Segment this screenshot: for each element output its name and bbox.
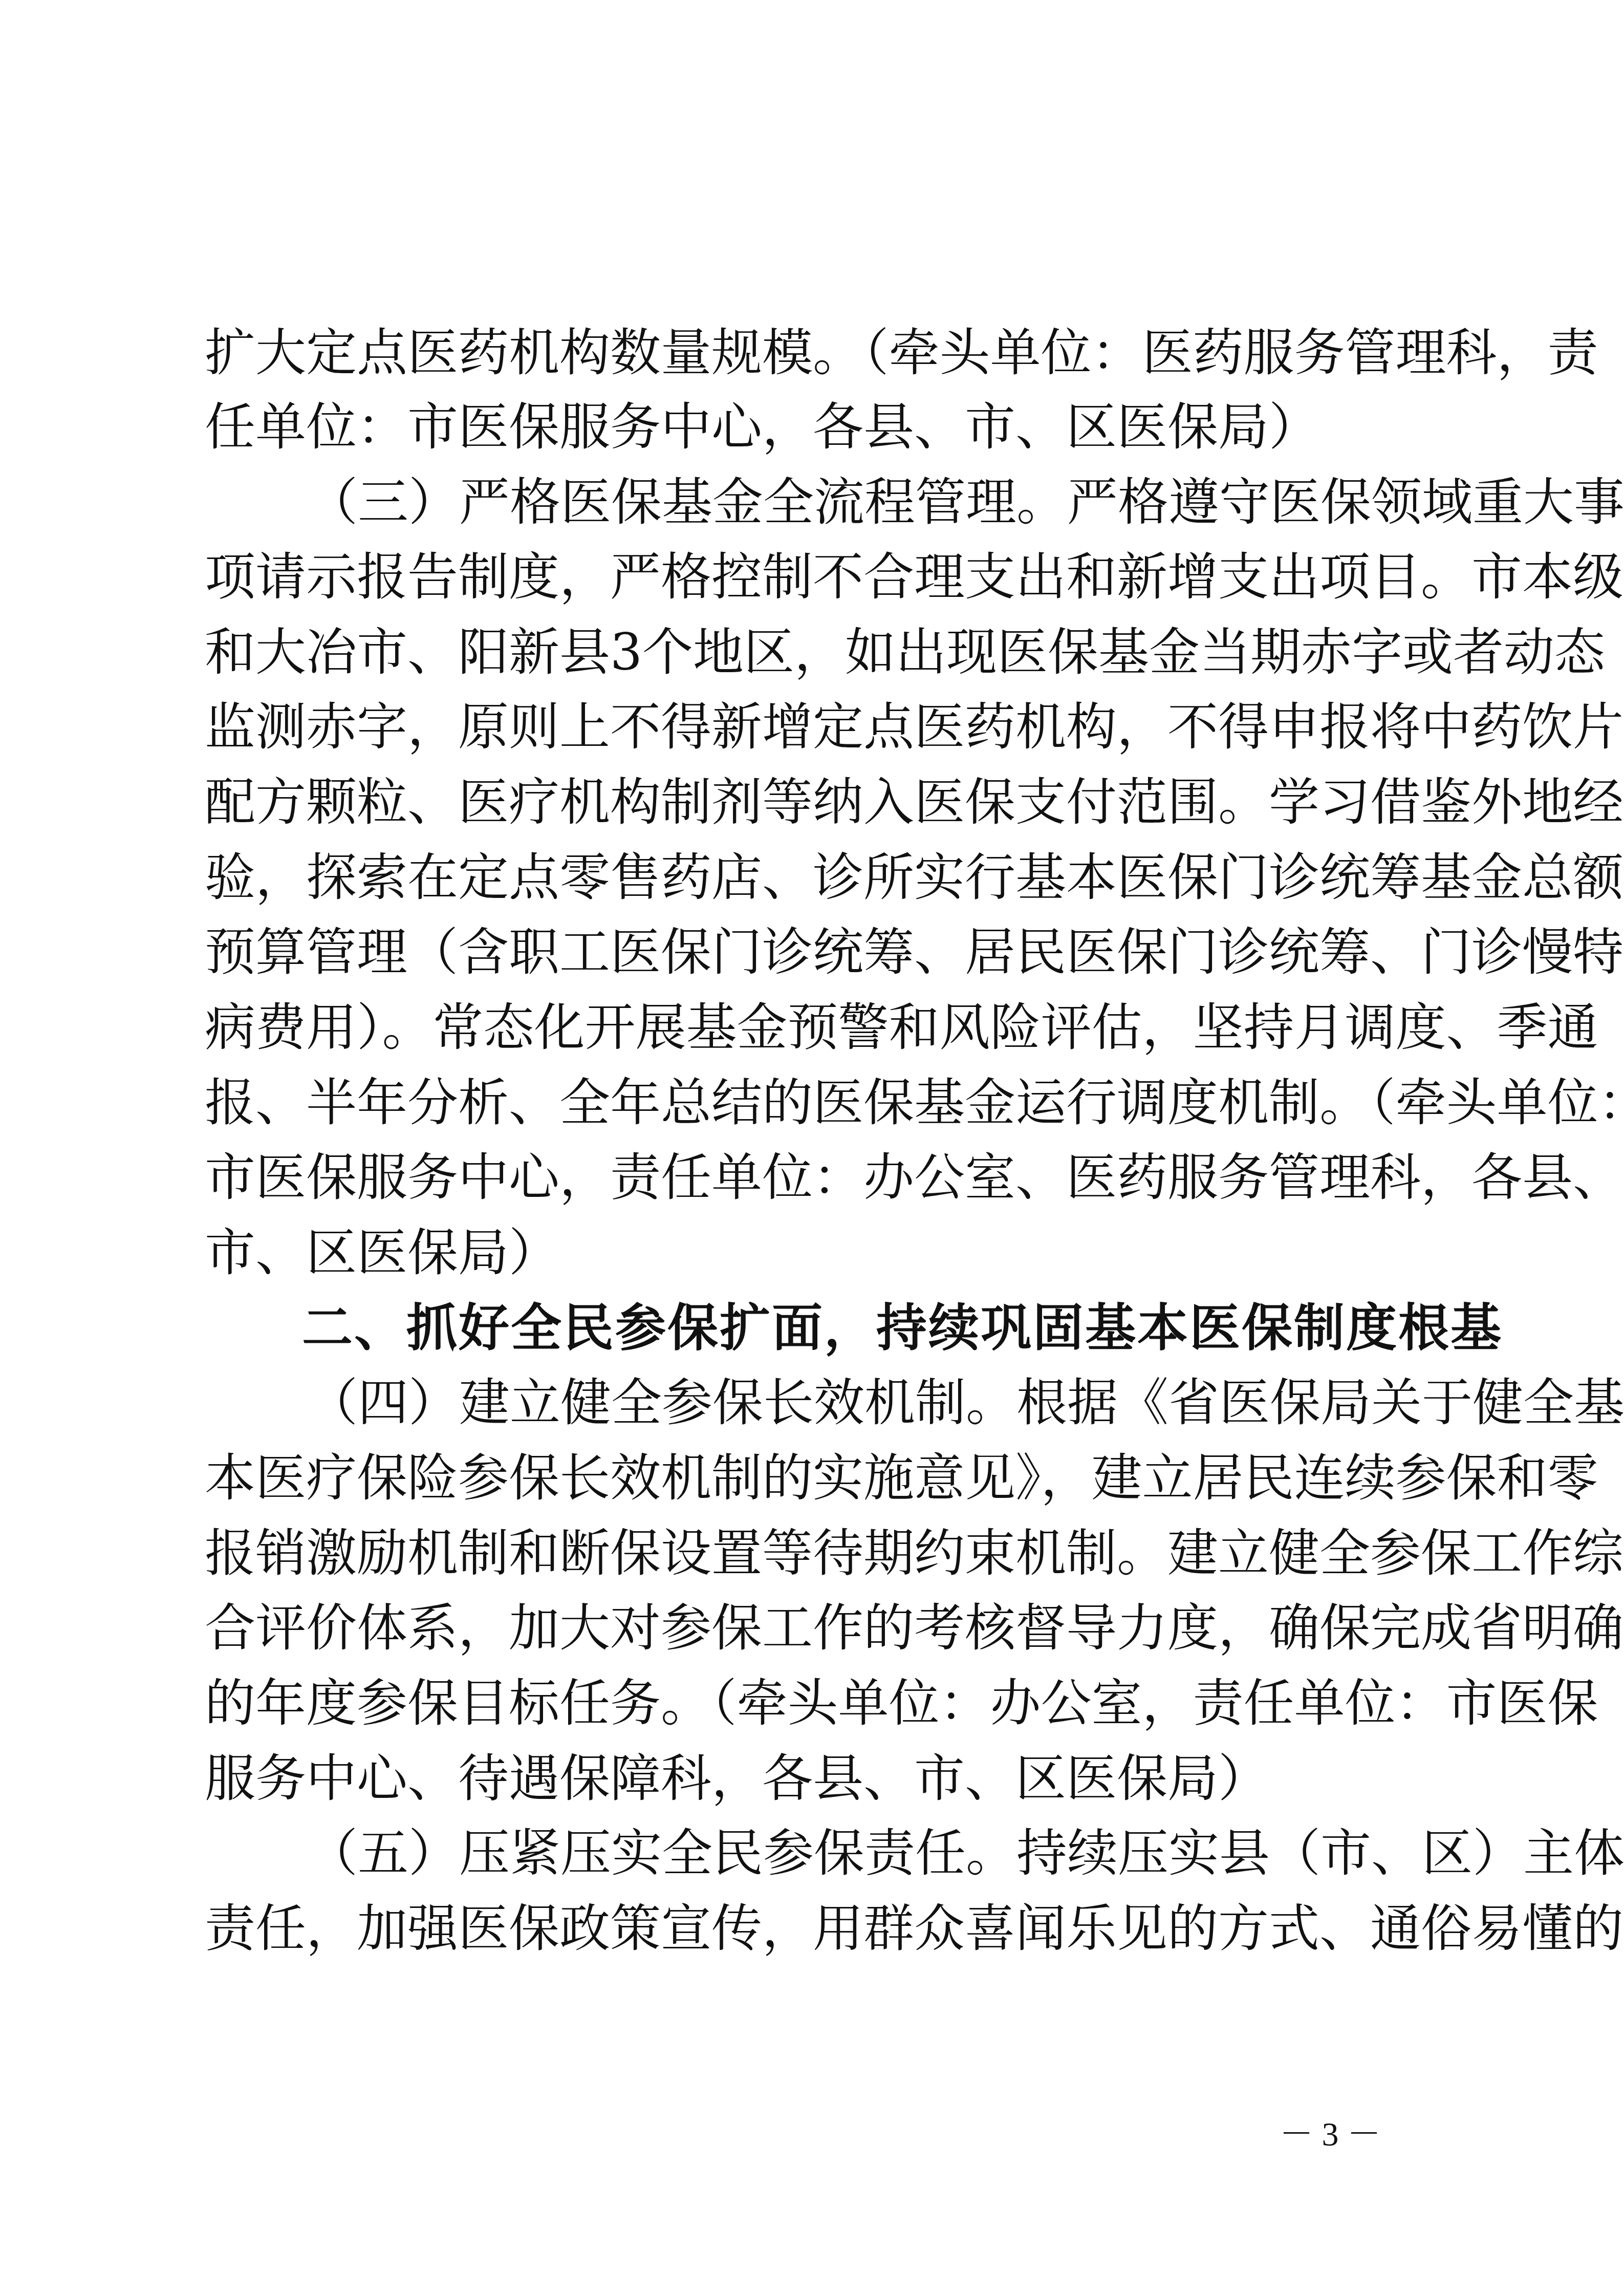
- body-text-line: 扩大定点医药机构数量规模。（牵头单位：医药服务管理科，责: [205, 320, 1425, 387]
- body-text-line: 报、半年分析、全年总结的医保基金运行调度机制。（牵头单位：: [205, 1070, 1425, 1136]
- paragraph-5-first-line: （五）压紧压实全民参保责任。持续压实县（市、区）主体: [307, 1820, 1425, 1887]
- body-text-line: 服务中心、待遇保障科，各县、市、区医保局）: [205, 1746, 1425, 1812]
- body-text-line: 监测赤字，原则上不得新增定点医药机构，不得申报将中药饮片、: [205, 694, 1425, 761]
- body-text-line: 市医保服务中心，责任单位：办公室、医药服务管理科，各县、: [205, 1145, 1425, 1211]
- body-text-line: 市、区医保局）: [205, 1220, 1425, 1286]
- body-text-line: 本医疗保险参保长效机制的实施意见》，建立居民连续参保和零: [205, 1445, 1425, 1512]
- body-text-line: 合评价体系，加大对参保工作的考核督导力度，确保完成省明确: [205, 1595, 1425, 1662]
- body-text-line: 任单位：市医保服务中心，各县、市、区医保局）: [205, 394, 1425, 461]
- body-text-line: 预算管理（含职工医保门诊统筹、居民医保门诊统筹、门诊慢特: [205, 919, 1425, 986]
- body-text-line: 的年度参保目标任务。（牵头单位：办公室，责任单位：市医保: [205, 1670, 1425, 1737]
- document-page: 扩大定点医药机构数量规模。（牵头单位：医药服务管理科，责 任单位：市医保服务中心…: [0, 0, 1624, 2296]
- paragraph-3-first-line: （三）严格医保基金全流程管理。严格遵守医保领域重大事: [307, 469, 1425, 536]
- body-text-line: 项请示报告制度，严格控制不合理支出和新增支出项目。市本级: [205, 544, 1425, 611]
- body-text-line: 病费用）。常态化开展基金预警和风险评估，坚持月调度、季通: [205, 995, 1425, 1061]
- body-text-line: 报销激励机制和断保设置等待期约束机制。建立健全参保工作综: [205, 1520, 1425, 1587]
- body-text-line: 验，探索在定点零售药店、诊所实行基本医保门诊统筹基金总额: [205, 845, 1425, 911]
- body-text-line: 和大冶市、阳新县3个地区，如出现医保基金当期赤字或者动态: [205, 619, 1425, 686]
- body-text-line: 责任，加强医保政策宣传，用群众喜闻乐见的方式、通俗易懂的: [205, 1896, 1425, 1962]
- paragraph-4-first-line: （四）建立健全参保长效机制。根据《省医保局关于健全基: [307, 1370, 1425, 1436]
- page-number: － 3 －: [1280, 2114, 1381, 2155]
- body-text-line: 配方颗粒、医疗机构制剂等纳入医保支付范围。学习借鉴外地经: [205, 769, 1425, 836]
- section-heading: 二、抓好全民参保扩面，持续巩固基本医保制度根基: [302, 1295, 1503, 1362]
